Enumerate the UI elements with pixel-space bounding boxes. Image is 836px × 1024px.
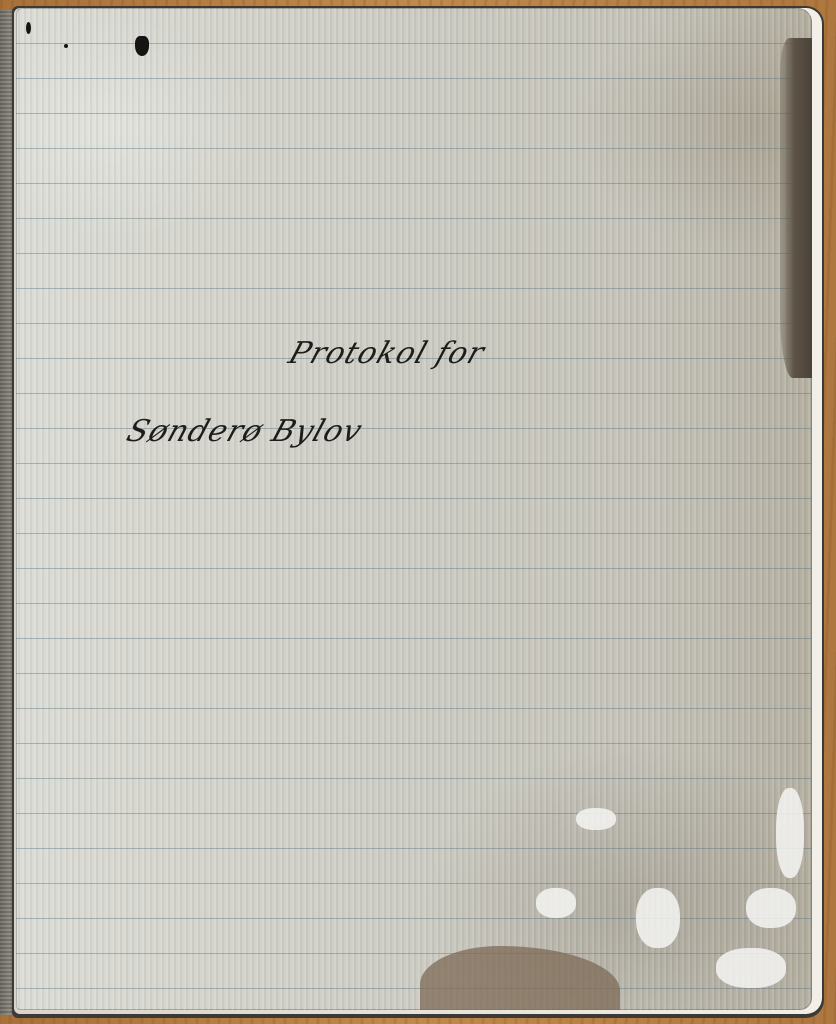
ink-blot	[64, 44, 68, 48]
paper-flake	[636, 888, 680, 948]
handwritten-title-line-2: Sønderø Bylov	[122, 414, 367, 449]
paper-flake	[536, 888, 576, 918]
handwritten-title-line-1: Protokol for	[284, 336, 489, 371]
paper-flake	[576, 808, 616, 830]
paper-flake	[746, 888, 796, 928]
ink-blot	[135, 36, 149, 56]
paper-flake	[776, 788, 804, 878]
ink-blot	[26, 22, 31, 34]
notebook-cover: Protokol for Sønderø Bylov	[16, 8, 812, 1010]
worn-edge-right	[780, 38, 812, 378]
ruled-lines	[16, 8, 812, 1010]
paper-flake	[716, 948, 786, 988]
